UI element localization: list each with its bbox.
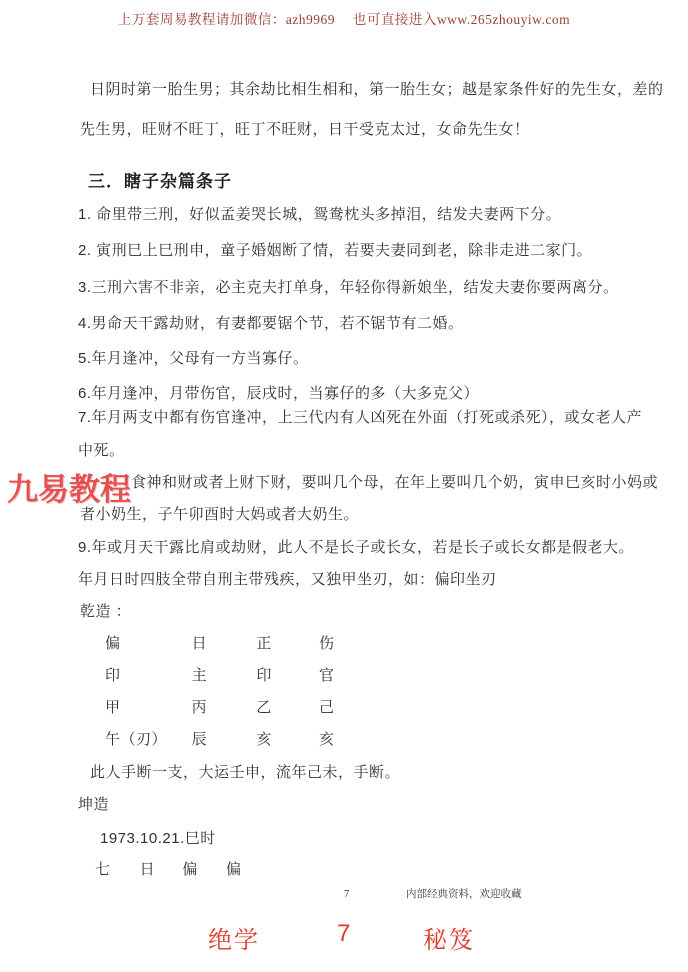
banner-right-text: 秘笈 xyxy=(423,920,475,955)
bazi-cell: 伤 xyxy=(319,634,335,654)
footer-note: 内部经典资料，欢迎收藏 xyxy=(406,885,522,905)
bazi-cell: 印 xyxy=(256,666,314,686)
bazi-chart-row-2: 印 主 印 官 xyxy=(105,666,335,686)
kunzao-label: 坤造 xyxy=(78,795,109,815)
bazi-cell: 亥 xyxy=(319,730,335,750)
bazi-cell: 己 xyxy=(319,698,335,718)
bazi-chart-row-1: 偏 日 正 伤 xyxy=(105,634,335,654)
intro-line-1: 日阴时第一胎生男；其余劫比相生相和，第一胎生女；越是家条件好的先生女，差的 xyxy=(90,80,664,100)
list-item-6: 6.年月逢冲，月带伤官，辰戌时，当寡仔的多（大多克父） xyxy=(78,384,479,404)
list-item-8-line-1: 食神和财或者上财下财，要叫几个母，在年上要叫几个奶，寅申巳亥时小妈或 xyxy=(131,473,658,493)
watermark-text: 九易教程 xyxy=(7,464,131,509)
list-item-4: 4.男命天干露劫财，有妻都要锯个节，若不锯节有二婚。 xyxy=(78,314,464,334)
section-heading: 三．瞎子杂篇条子 xyxy=(88,172,232,192)
intro-line-2: 先生男，旺财不旺丁，旺丁不旺财，日干受克太过，女命先生女！ xyxy=(80,120,530,140)
bazi-cell: 亥 xyxy=(256,730,314,750)
bazi-cell: 偏 xyxy=(182,860,221,880)
bazi-cell: 印 xyxy=(105,666,187,686)
bazi-cell: 七 xyxy=(95,860,135,880)
bazi-cell: 日 xyxy=(192,634,252,654)
bazi-cell: 辰 xyxy=(192,730,252,750)
list-item-9: 9.年或月天干露比肩或劫财，此人不是长子或长女，若是长子或长女都是假老大。 xyxy=(78,538,634,558)
list-item-2: 2. 寅刑巳上巳刑申，童子婚姻断了情，若要夫妻同到老，除非走进二家门。 xyxy=(78,241,592,261)
birth-date-line: 1973.10.21.巳时 xyxy=(100,829,216,849)
bazi-cell: 偏 xyxy=(226,860,242,880)
banner-left-text: 绝学 xyxy=(208,920,260,955)
page-number: 7 xyxy=(344,885,349,905)
bazi-cell: 偏 xyxy=(105,634,187,654)
list-item-5: 5.年月逢冲，父母有一方当寡仔。 xyxy=(78,349,309,369)
bazi-cell: 午（刃） xyxy=(105,730,187,750)
bazi-chart-row-3: 甲 丙 乙 己 xyxy=(105,698,335,718)
bazi-cell: 正 xyxy=(256,634,314,654)
list-item-3: 3.三刑六害不非亲，必主克夫打单身，年轻你得新娘坐，结发夫妻你要两离分。 xyxy=(78,278,619,298)
document-page: 上万套周易教程请加微信：azh9969 也可直接进入www.265zhouyiw… xyxy=(0,0,688,972)
banner-number: 7 xyxy=(337,920,352,948)
bazi-chart2-row: 七 日 偏 偏 xyxy=(95,860,242,880)
header-promo-text: 上万套周易教程请加微信：azh9969 也可直接进入www.265zhouyiw… xyxy=(0,8,688,28)
bazi-cell: 日 xyxy=(140,860,178,880)
qianzao-label: 乾造 ： xyxy=(80,602,131,622)
bazi-cell: 丙 xyxy=(192,698,252,718)
bazi-cell: 甲 xyxy=(105,698,187,718)
bazi-chart-row-4: 午（刃） 辰 亥 亥 xyxy=(105,730,335,750)
list-item-7-line-1: 7.年月两支中都有伤官逢冲，上三代内有人凶死在外面（打死或杀死），或女老人产 xyxy=(78,408,642,428)
bazi-cell: 主 xyxy=(192,666,252,686)
bazi-cell: 乙 xyxy=(256,698,314,718)
list-item-7-line-2: 中死。 xyxy=(78,441,125,461)
zixing-note-line: 年月日时四肢全带自刑主带残疾，又独甲坐刃，如：偏印坐刃 xyxy=(78,570,497,590)
analysis-line: 此人手断一支，大运壬申，流年己未，手断。 xyxy=(90,763,400,783)
bazi-cell: 官 xyxy=(319,666,335,686)
list-item-1: 1. 命里带三刑，好似孟姜哭长城，鸳鸯枕头多掉泪，结发夫妻两下分。 xyxy=(78,205,561,225)
